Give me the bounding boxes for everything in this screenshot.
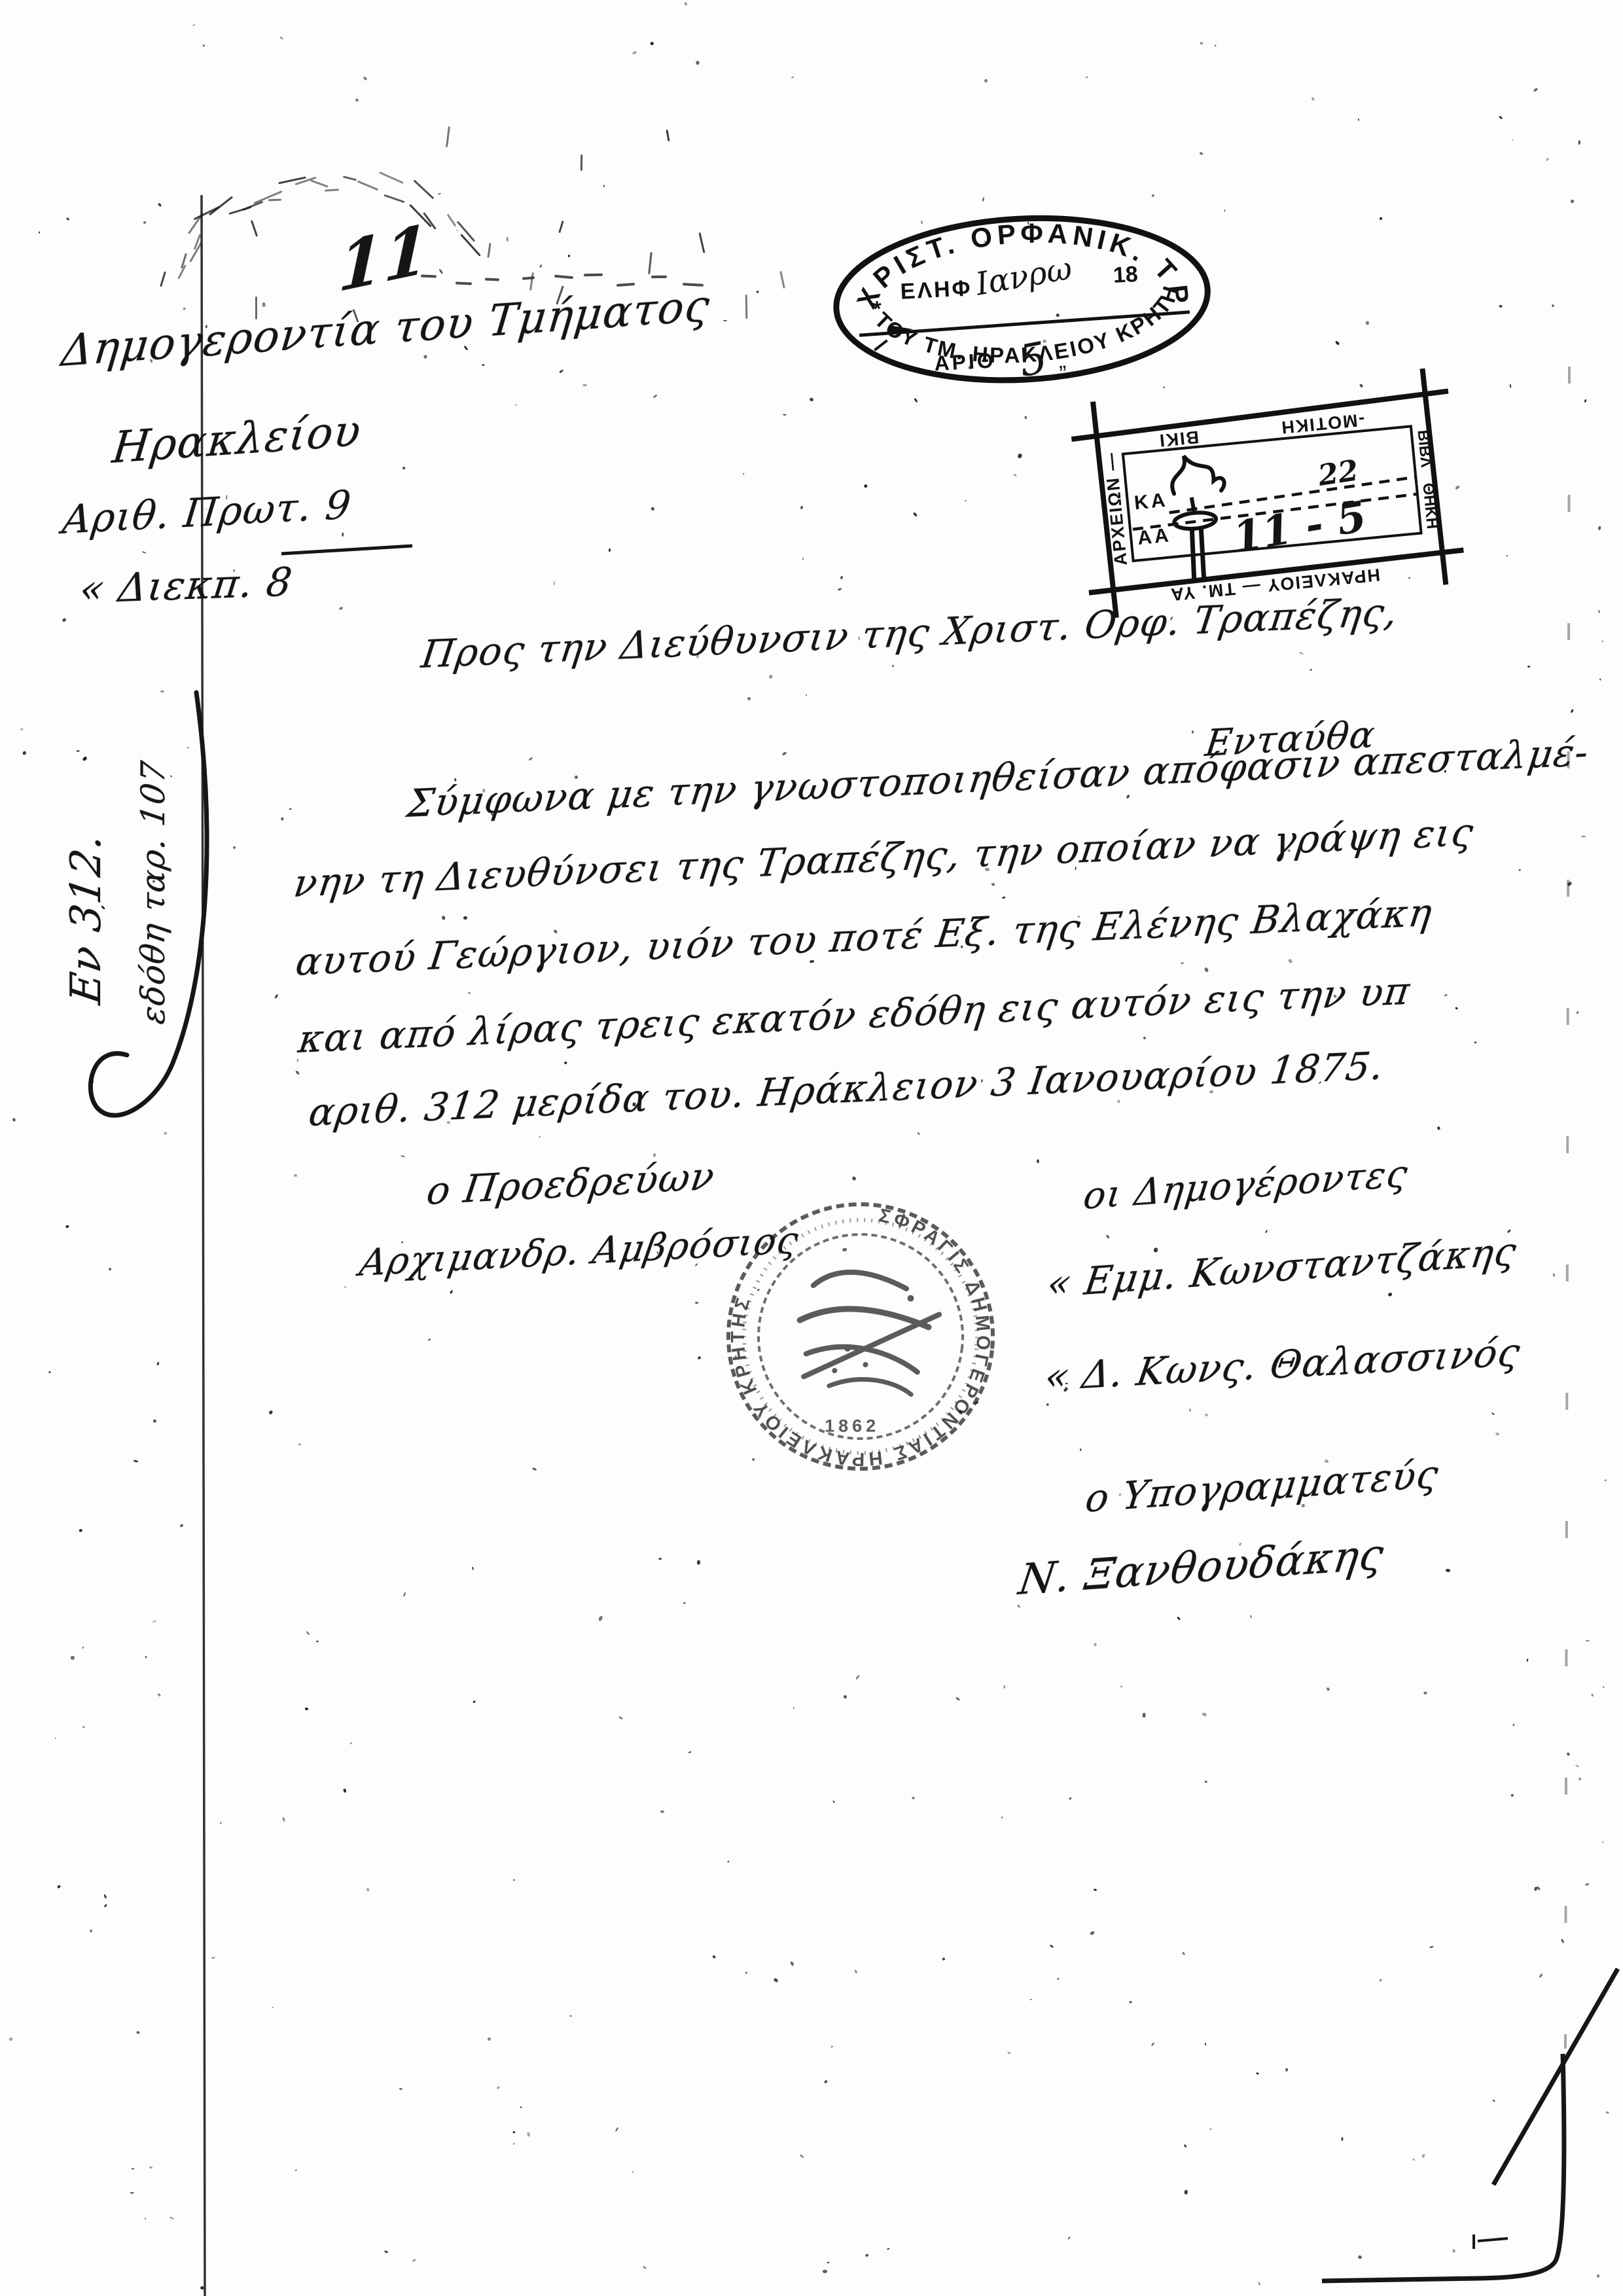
ink-speck	[145, 1656, 147, 1659]
ink-speck	[506, 237, 508, 242]
ink-speck	[1533, 87, 1538, 92]
ink-speck	[1446, 1568, 1451, 1572]
ink-speck	[965, 499, 967, 501]
ink-speck	[90, 1929, 92, 1933]
ink-speck	[1004, 1685, 1005, 1689]
ink-speck	[1570, 709, 1574, 713]
ink-speck	[1387, 1292, 1393, 1297]
ink-speck	[1013, 474, 1017, 476]
ink-speck	[984, 241, 986, 243]
ink-speck	[220, 1821, 223, 1824]
ink-speck	[696, 61, 700, 65]
pencil-stroke	[379, 171, 404, 184]
pencil-stroke	[294, 177, 316, 185]
ink-speck	[914, 398, 918, 403]
pencil-stroke	[160, 272, 166, 287]
ink-speck	[1287, 958, 1293, 964]
ink-speck	[609, 548, 611, 552]
ink-speck	[134, 1460, 138, 1462]
ink-speck	[1493, 2100, 1495, 2102]
ink-speck	[1452, 2249, 1455, 2252]
ink-speck	[1224, 209, 1226, 211]
ink-speck	[136, 2031, 140, 2034]
ink-speck	[145, 2218, 146, 2220]
number-value-handwritten: 5	[1015, 332, 1052, 387]
ink-speck	[1056, 313, 1060, 317]
margin-note-text: εδόθη ταρ. 107	[134, 758, 172, 1026]
dashed-rule-1	[1168, 477, 1416, 512]
ink-speck	[782, 751, 787, 756]
corner-edge-line	[1322, 2054, 1564, 2281]
ink-speck	[1310, 668, 1313, 671]
ink-speck	[887, 2248, 890, 2250]
ink-speck	[1455, 485, 1461, 490]
ink-speck	[1120, 1685, 1122, 1689]
ink-speck	[942, 1957, 945, 1960]
body-line: αυτού Γεώργιον, υιόν του ποτέ Εξ. της Ελ…	[293, 890, 1435, 984]
pencil-dash	[584, 274, 603, 277]
ink-speck	[891, 664, 894, 667]
scanned-document-page: 11 Δημογεροντία του Τμήματος Ηρακλείου Α…	[0, 0, 1623, 2296]
ink-speck	[802, 558, 804, 560]
stamp-right-label-top: ΒΙΒΛ	[1414, 429, 1435, 469]
ink-speck	[1002, 896, 1006, 899]
ink-speck	[618, 1716, 623, 1720]
ink-speck	[697, 1560, 700, 1565]
ink-speck	[1599, 679, 1601, 681]
ink-speck	[1184, 2144, 1187, 2148]
secretary-signature: Ν. Ξανθουδάκης	[1016, 1530, 1387, 1605]
ink-speck	[1037, 1159, 1039, 1163]
ottoman-script-icon	[793, 1267, 942, 1397]
ink-speck	[158, 1693, 161, 1696]
president-signature: Αρχιμανδρ. Αμβρόσιος	[357, 1219, 802, 1285]
ink-speck	[660, 1810, 664, 1814]
ink-speck	[1126, 795, 1130, 799]
ink-speck	[163, 1132, 167, 1136]
ink-speck	[1200, 152, 1204, 155]
ink-speck	[863, 484, 868, 488]
ink-speck	[1512, 1723, 1515, 1726]
ink-speck	[1299, 652, 1304, 655]
ink-speck	[438, 192, 441, 194]
ink-speck	[289, 808, 292, 810]
stamp-top-fragment-right: -ΜΟΤΙΚΗ	[1279, 410, 1366, 437]
ink-speck	[79, 1528, 82, 1532]
ink-speck	[1495, 1432, 1499, 1436]
ink-speck	[1154, 1247, 1158, 1253]
ink-speck	[262, 302, 266, 307]
stamp-tick	[874, 340, 888, 350]
pencil-stroke	[310, 179, 328, 187]
body-line: νην τη Διευθύνσει της Τραπέζης, την οποί…	[291, 810, 1477, 906]
ink-speck	[1117, 1100, 1121, 1104]
ink-speck	[1050, 1945, 1054, 1948]
received-day: 18	[1113, 262, 1139, 288]
pencil-stroke	[194, 234, 202, 249]
ink-speck	[1018, 453, 1023, 459]
ink-speck	[1030, 1999, 1031, 2000]
ink-speck	[824, 2079, 828, 2083]
ink-speck	[1586, 1640, 1590, 1641]
ink-speck	[684, 1, 688, 6]
ink-speck	[513, 2143, 515, 2145]
ink-speck	[57, 1884, 61, 1888]
stamp-right-label-bottom: ΘΗΚΗ	[1419, 482, 1441, 530]
ink-speck	[103, 1894, 107, 1899]
ink-speck	[805, 694, 807, 696]
ink-speck	[1560, 1939, 1564, 1944]
ink-speck	[982, 197, 985, 202]
ink-speck	[727, 1861, 729, 1863]
ink-speck	[991, 883, 995, 886]
ink-speck	[683, 1602, 686, 1604]
pencil-tick	[648, 252, 652, 274]
ink-speck	[1408, 577, 1411, 579]
ink-speck	[1163, 386, 1165, 389]
ink-speck	[132, 2168, 134, 2170]
ink-speck	[1491, 1412, 1495, 1416]
ink-speck	[424, 355, 427, 359]
ink-speck	[1576, 1011, 1579, 1014]
ink-speck	[402, 466, 406, 470]
pencil-dash	[485, 278, 499, 281]
ink-speck	[1578, 1777, 1581, 1781]
ink-speck	[773, 1977, 779, 1982]
page-annotation: 11	[337, 209, 431, 308]
ink-speck	[349, 1742, 352, 1745]
ink-speck	[1258, 2282, 1261, 2286]
pencil-tick	[558, 221, 563, 233]
svg-text:* ΤΟΥ ΤΜ. ΗΡΑΚΛΕΙΟΥ ΚΡΗΤΗΣ *: * ΤΟΥ ΤΜ. ΗΡΑΚΛΕΙΟΥ ΚΡΗΤΗΣ *	[823, 202, 1187, 377]
ink-speck	[1256, 2072, 1259, 2075]
number-mark: „	[1058, 348, 1067, 374]
ink-speck	[791, 76, 794, 78]
ink-speck	[1090, 1931, 1095, 1935]
ink-speck	[955, 1696, 960, 1701]
ink-speck	[305, 1707, 309, 1710]
dashed-rule-2	[1132, 494, 1417, 529]
pencil-tick	[580, 154, 582, 171]
body-line: Σύμφωνα με την γνωστοποιηθείσαν απόφασιν…	[404, 730, 1592, 826]
ink-speck	[282, 1817, 285, 1822]
ink-speck	[272, 2007, 274, 2008]
pencil-tick	[251, 220, 258, 237]
ink-speck	[532, 1467, 537, 1471]
svg-text:ΧΡΙΣΤ. ΟΡΦΑΝΙΚ. ΤΡΑΠΕΖΑ: ΧΡΙΣΤ. ΟΡΦΑΝΙΚ. ΤΡΑΠΕΖΑ	[823, 202, 1195, 325]
pencil-stroke	[177, 264, 187, 279]
elder-signature-2: « Δ. Κωνς. Θαλασσινός	[1042, 1329, 1524, 1399]
ink-speck	[1567, 1752, 1571, 1756]
ink-speck	[1581, 836, 1586, 837]
ink-speck	[1080, 1448, 1082, 1451]
ink-speck	[1423, 1691, 1427, 1695]
pencil-tick	[446, 126, 450, 147]
ink-speck	[832, 1801, 835, 1804]
ink-speck	[1499, 116, 1503, 120]
pencil-stroke	[457, 221, 476, 242]
ink-speck	[734, 1355, 737, 1358]
ink-speck	[539, 264, 542, 268]
pencil-stroke	[343, 176, 357, 181]
ink-speck	[823, 2270, 827, 2274]
ink-speck	[793, 1707, 794, 1710]
ka-label: ΚΑ	[1133, 490, 1169, 514]
ink-speck	[529, 757, 533, 761]
pencil-stroke	[325, 188, 339, 192]
ink-speck	[851, 1176, 857, 1181]
ink-speck	[745, 1971, 748, 1974]
ink-speck	[1106, 1234, 1110, 1238]
stamp-frame-top	[1071, 391, 1450, 440]
ink-speck	[582, 384, 587, 386]
ink-speck	[22, 751, 27, 756]
ink-speck	[1025, 416, 1027, 420]
ink-speck	[1285, 2068, 1288, 2072]
ink-speck	[917, 1132, 921, 1136]
pencil-stroke	[383, 194, 404, 204]
ink-speck	[149, 2166, 153, 2169]
ink-speck	[344, 1286, 346, 1289]
ink-speck	[76, 750, 80, 752]
ink-speck	[1017, 1604, 1020, 1608]
ink-speck	[20, 728, 24, 731]
ink-speck	[1342, 2137, 1344, 2141]
office-name-line2: Ηρακλείου	[110, 405, 364, 473]
ink-speck	[1182, 1952, 1186, 1956]
ink-speck	[1512, 139, 1513, 141]
ink-speck	[1602, 641, 1603, 642]
ink-speck	[526, 2132, 530, 2137]
pencil-stroke	[357, 180, 378, 190]
pencil-dash	[554, 274, 573, 279]
body-line: αριθ. 312 μερίδα του. Ηράκλειον 3 Ιανουα…	[306, 1043, 1387, 1135]
received-date-handwritten: Ιανρω	[972, 250, 1075, 303]
ink-speck	[1192, 730, 1194, 734]
ink-speck	[756, 290, 759, 293]
pencil-stroke	[228, 206, 251, 215]
ink-speck	[568, 255, 571, 257]
ink-speck	[104, 1904, 107, 1907]
ink-speck	[1591, 1694, 1594, 1697]
ink-speck	[658, 1558, 662, 1560]
ink-speck	[643, 2266, 647, 2270]
ink-speck	[1552, 304, 1554, 308]
ink-speck	[697, 1356, 701, 1360]
ink-speck	[339, 607, 344, 611]
ink-speck	[450, 1289, 454, 1293]
ink-speck	[1510, 384, 1512, 388]
ink-speck	[1128, 429, 1132, 433]
ink-speck	[1585, 1883, 1590, 1886]
pencil-tick	[698, 232, 705, 253]
ink-speck	[1129, 2001, 1132, 2003]
ink-speck	[62, 618, 67, 623]
torch-icon	[1168, 452, 1233, 580]
ink-speck	[342, 533, 344, 537]
ink-speck	[513, 2131, 516, 2133]
stamp-frame-left	[1093, 401, 1116, 618]
ink-speck	[1421, 2153, 1425, 2158]
pencil-stroke	[189, 242, 202, 262]
ink-speck	[343, 1788, 346, 1793]
ink-speck	[1536, 1886, 1541, 1891]
pencil-stroke	[278, 177, 306, 185]
ink-speck	[695, 1302, 698, 1304]
ink-speck	[274, 994, 278, 999]
ink-speck	[160, 691, 164, 692]
ink-speck	[1001, 1816, 1003, 1818]
ink-speck	[232, 846, 236, 850]
dispatch-fraction-bar	[281, 546, 412, 554]
ink-speck	[401, 1155, 405, 1158]
stamp-rule-line	[859, 312, 1190, 335]
ink-speck	[268, 1410, 273, 1415]
ink-speck	[1210, 2128, 1211, 2130]
ink-speck	[1027, 221, 1029, 225]
ink-speck	[179, 1524, 183, 1528]
elders-title: οι Δημογέροντες	[1081, 1153, 1411, 1218]
ink-speck	[306, 1631, 310, 1635]
ink-speck	[1204, 967, 1209, 972]
ink-speck	[1250, 1615, 1252, 1619]
ink-speck	[399, 2088, 402, 2090]
ink-speck	[809, 397, 814, 402]
ink-speck	[516, 404, 517, 406]
margin-note-ref: Εν 312.	[62, 831, 111, 1007]
ink-speck	[1358, 118, 1359, 121]
ink-speck	[790, 1961, 794, 1966]
ink-speck	[1214, 45, 1217, 46]
ink-speck	[520, 2106, 522, 2108]
pencil-dash	[522, 277, 535, 281]
pencil-stroke	[209, 196, 233, 215]
ink-speck	[559, 369, 564, 374]
ink-speck	[1204, 1781, 1207, 1783]
ink-speck	[800, 2154, 804, 2158]
ink-speck	[539, 1136, 541, 1138]
ink-speck	[1335, 340, 1340, 346]
ink-speck	[1429, 1946, 1434, 1948]
ink-speck	[482, 364, 485, 366]
ink-speck	[554, 581, 555, 585]
ink-speck	[66, 217, 70, 221]
ink-speck	[650, 41, 654, 46]
ink-speck	[912, 1797, 914, 1799]
ink-speck	[55, 1738, 57, 1740]
ink-speck	[1567, 881, 1572, 886]
ink-speck	[412, 2259, 416, 2262]
ink-speck	[1327, 1687, 1330, 1691]
ink-speck	[712, 1954, 717, 1959]
ink-speck	[513, 1878, 516, 1881]
ink-speck	[384, 2250, 389, 2253]
ink-speck	[1177, 1616, 1181, 1620]
pencil-stroke	[188, 213, 204, 234]
ink-speck	[1455, 1007, 1458, 1010]
ink-speck	[1597, 2274, 1599, 2278]
ink-speck	[1603, 1686, 1605, 1688]
ink-speck	[1094, 1888, 1097, 1891]
ink-speck	[82, 1726, 84, 1728]
ink-speck	[355, 98, 359, 102]
pencil-stroke	[447, 214, 457, 227]
ink-speck	[298, 1443, 301, 1446]
ink-speck	[281, 817, 284, 820]
ink-speck	[1143, 1036, 1147, 1040]
ink-speck	[90, 1080, 94, 1084]
ink-speck	[279, 37, 283, 40]
ink-speck	[651, 507, 655, 511]
ink-speck	[1069, 1797, 1072, 1801]
right-edge-line	[1565, 367, 1569, 2049]
ink-speck	[783, 414, 786, 415]
ink-speck	[768, 674, 773, 679]
stamp-frame-bottom	[1088, 550, 1464, 592]
ink-speck	[1204, 2043, 1206, 2045]
ink-speck	[615, 2127, 618, 2132]
ink-speck	[202, 771, 205, 774]
ink-speck	[865, 2253, 868, 2257]
ka-value-handwritten: 22	[1315, 454, 1361, 493]
ink-speck	[463, 916, 467, 920]
ink-speck	[442, 916, 446, 920]
ink-speck	[457, 230, 458, 231]
ink-speck	[598, 1615, 603, 1621]
secretary-title: ο Υπογραμματεύς	[1083, 1452, 1442, 1521]
ink-speck	[294, 1174, 297, 1177]
dispatch-number: « Διεκπ. 8	[77, 559, 295, 613]
ink-speck	[187, 747, 189, 749]
ink-speck	[1535, 1887, 1537, 1891]
ink-speck	[183, 307, 186, 310]
ink-speck	[913, 512, 918, 517]
ink-speck	[473, 1700, 476, 1704]
ink-speck	[156, 1362, 159, 1365]
ink-speck	[1086, 76, 1088, 79]
ink-speck	[1578, 140, 1580, 145]
oval-stamp-border	[832, 209, 1212, 389]
ink-speck	[65, 1225, 69, 1229]
ink-speck	[1200, 42, 1204, 45]
ink-speck	[1444, 994, 1448, 997]
ink-speck	[1584, 399, 1587, 403]
ink-speck	[743, 473, 745, 475]
pencil-stroke	[268, 199, 281, 202]
stamp-top-fragment-left: ΒΙΚΙ	[1158, 427, 1200, 450]
ink-speck	[1412, 2158, 1415, 2161]
ink-speck	[169, 2217, 174, 2219]
ink-speck	[1546, 158, 1549, 162]
ink-speck	[1357, 2255, 1362, 2259]
ink-speck	[1526, 1659, 1528, 1662]
ink-speck	[1575, 1765, 1579, 1767]
rect-archive-stamp: ΒΙΚΙ -ΜΟΤΙΚΗ ΑΡΧΕΙΩΝ — ΒΙΒΛ ΘΗΚΗ ΚΑ ΑΑ 2…	[1060, 355, 1487, 636]
ink-speck	[830, 2045, 834, 2048]
round-official-seal: ΣΦΡΑΓΙΣ ΔΗΜΟΓΕΡΟΝΤΙΑΣ ΗΡΑΚΛΕΙΟΥ ΚΡΗΤΗΣ 1…	[695, 1171, 1026, 1502]
ink-speck	[403, 1592, 406, 1597]
number-label: ΑΡΙΘ	[934, 348, 997, 375]
ink-speck	[472, 1567, 474, 1570]
ink-speck	[1527, 666, 1531, 668]
ink-speck	[1181, 961, 1185, 964]
ink-speck	[153, 1420, 156, 1424]
ink-speck	[438, 269, 443, 274]
ink-speck	[157, 202, 162, 207]
ink-speck	[1046, 1403, 1050, 1407]
ink-speck	[1202, 1712, 1207, 1717]
ink-speck	[1602, 1842, 1604, 1843]
